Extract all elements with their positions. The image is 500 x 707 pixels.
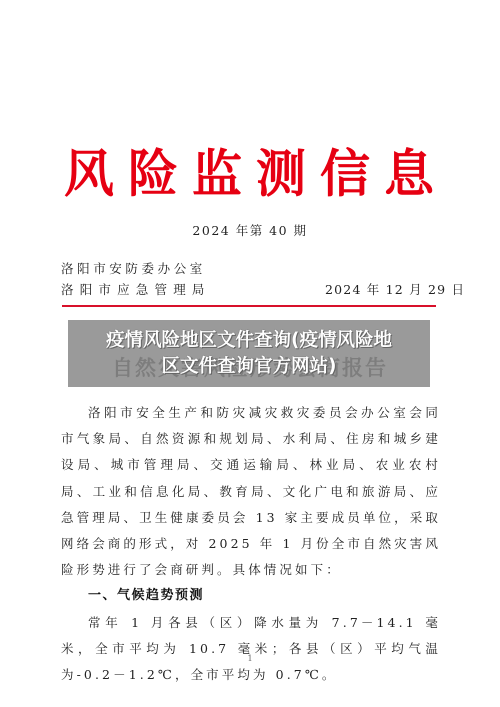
issuer-bureau: 洛阳市应急管理局 [61, 280, 211, 298]
masthead-char: 监 [190, 145, 244, 202]
issue-date: 2024 年 12 月 29 日 [325, 280, 465, 298]
banner-line-2: 区文件查询官方网站) [162, 354, 337, 380]
masthead-char: 信 [318, 145, 372, 202]
masthead-char: 测 [254, 145, 308, 202]
masthead-char: 息 [382, 145, 436, 202]
masthead-char: 险 [126, 145, 180, 202]
masthead-title: 风 险 监 测 信 息 [62, 146, 436, 202]
intro-paragraph: 洛阳市安全生产和防灾减灾救灾委员会办公室会同市气象局、自然资源和规划局、水利局、… [61, 400, 441, 583]
banner-line-1: 疫情风险地区文件查询(疫情风险地 [106, 328, 392, 354]
document-body: 洛阳市安全生产和防灾减灾救灾委员会办公室会同市气象局、自然资源和规划局、水利局、… [61, 400, 441, 688]
red-divider [62, 305, 436, 307]
document-page: 风 险 监 测 信 息 2024 年第 40 期 洛阳市安防委办公室 洛阳市应急… [0, 0, 500, 707]
climate-paragraph: 常年 1 月各县（区）降水量为 7.7－14.1 毫米，全市平均为 10.7 毫… [61, 610, 441, 689]
section-heading: 一、气候趋势预测 [61, 583, 441, 609]
overlay-caption-banner: 疫情风险地区文件查询(疫情风险地 区文件查询官方网站) [68, 320, 430, 387]
page-number: 1 [0, 654, 500, 663]
masthead-char: 风 [62, 145, 116, 202]
issue-number: 2024 年第 40 期 [0, 221, 500, 239]
issuer-office: 洛阳市安防委办公室 [61, 259, 206, 277]
